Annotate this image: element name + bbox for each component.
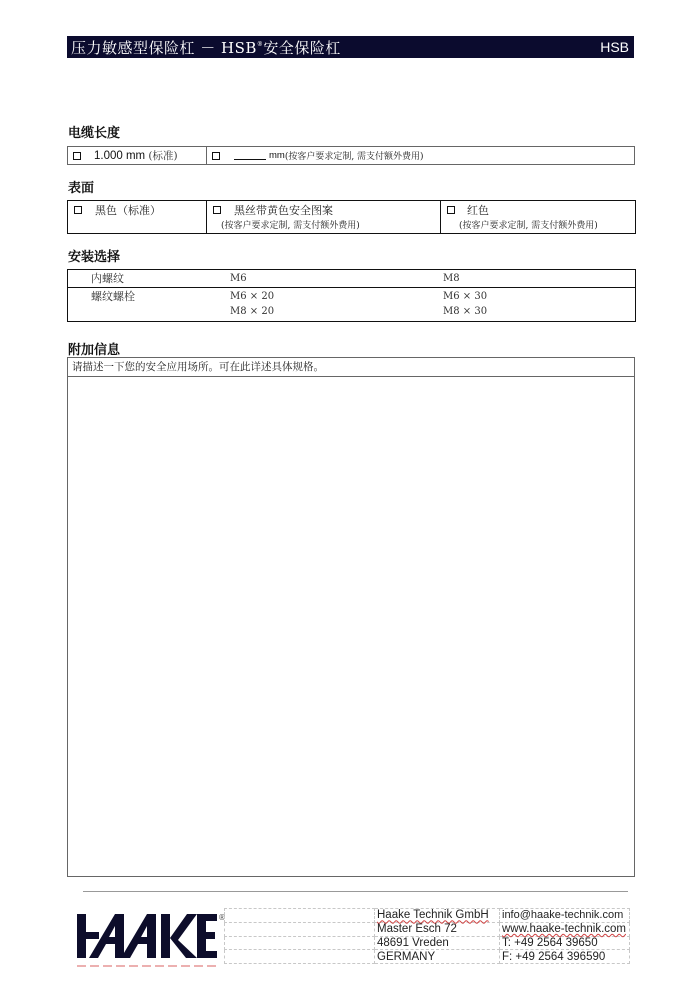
company-city: 48691 Vreden <box>377 937 449 949</box>
surface-options: 黑色（标准） 黑丝带黄色安全图案 (按客户要求定制, 需支付额外费用) 红色 (… <box>67 200 636 234</box>
cable-standard-note: (标准) <box>148 150 177 162</box>
checkbox-surface-black-yellow[interactable] <box>213 206 221 214</box>
company-name: Haake Technik GmbH <box>377 909 489 921</box>
section-title-cable-length: 电缆长度 <box>68 122 120 141</box>
checkbox-cable-standard[interactable] <box>73 152 81 160</box>
additional-info-prompt: 请描述一下您的安全应用场所。可在此详述具体规格。 <box>68 358 634 377</box>
document-header-bar: 压力敏感型保险杠 － HSB®安全保险杠 HSB <box>67 36 634 58</box>
company-street: Master Esch 72 <box>377 923 457 935</box>
installation-option[interactable]: M8 × 20 <box>230 304 274 319</box>
installation-row-internal-thread: 内螺纹 M6 M8 <box>68 270 635 288</box>
section-title-additional-info: 附加信息 <box>68 339 120 358</box>
checkbox-surface-red[interactable] <box>447 206 455 214</box>
document-title: 压力敏感型保险杠 － HSB®安全保险杠 <box>71 37 341 58</box>
cable-custom-note: (按客户要求定制, 需支付额外费用) <box>285 149 424 162</box>
surface-option-note: (按客户要求定制, 需支付额外费用) <box>213 218 440 231</box>
installation-options-table: 内螺纹 M6 M8 螺纹螺栓 M6 × 20 M8 × 20 M6 × 30 M… <box>67 269 636 322</box>
installation-type: 螺纹螺栓 <box>91 289 135 304</box>
company-phone: T: +49 2564 39650 <box>502 937 598 949</box>
installation-option[interactable]: M6 × 20 <box>230 289 274 304</box>
cable-length-options: 1.000 mm (标准) mm (按客户要求定制, 需支付额外费用) <box>67 146 635 165</box>
installation-option[interactable]: M8 × 30 <box>443 304 487 319</box>
installation-option[interactable]: M6 × 30 <box>443 289 487 304</box>
additional-info-textarea[interactable] <box>68 377 634 876</box>
surface-option-black-yellow[interactable]: 黑丝带黄色安全图案 (按客户要求定制, 需支付额外费用) <box>207 201 441 233</box>
haake-logo: ® <box>75 908 225 970</box>
checkbox-surface-black[interactable] <box>74 206 82 214</box>
company-website[interactable]: www.haake-technik.com <box>502 923 626 935</box>
installation-option[interactable]: M6 <box>230 271 247 286</box>
surface-option-label: 红色 <box>467 202 489 218</box>
surface-option-note: (按客户要求定制, 需支付额外费用) <box>447 218 635 231</box>
installation-row-threaded-bolt: 螺纹螺栓 M6 × 20 M8 × 20 M6 × 30 M8 × 30 <box>68 288 635 322</box>
cable-custom-unit: mm <box>269 150 285 161</box>
surface-option-label: 黑丝带黄色安全图案 <box>234 202 333 218</box>
installation-type: 内螺纹 <box>91 271 124 286</box>
cable-standard-value: 1.000 mm <box>94 150 145 162</box>
cable-option-custom[interactable]: mm (按客户要求定制, 需支付额外费用) <box>207 147 424 164</box>
footer-divider <box>83 891 628 892</box>
section-title-surface: 表面 <box>68 177 94 196</box>
company-fax: F: +49 2564 396590 <box>502 951 605 963</box>
company-contact-table: Haake Technik GmbH info@haake-technik.co… <box>224 908 630 964</box>
section-title-installation: 安装选择 <box>68 246 120 265</box>
additional-info-box: 请描述一下您的安全应用场所。可在此详述具体规格。 <box>67 357 635 877</box>
surface-option-label: 黑色（标准） <box>95 202 161 218</box>
installation-option[interactable]: M8 <box>443 271 460 286</box>
product-code: HSB <box>600 39 629 55</box>
surface-option-black[interactable]: 黑色（标准） <box>68 201 207 233</box>
surface-option-red[interactable]: 红色 (按客户要求定制, 需支付额外费用) <box>441 201 635 233</box>
company-country: GERMANY <box>377 951 435 963</box>
cable-option-standard[interactable]: 1.000 mm (标准) <box>68 147 207 164</box>
checkbox-cable-custom[interactable] <box>212 152 220 160</box>
company-email[interactable]: info@haake-technik.com <box>502 909 623 921</box>
cable-custom-length-field[interactable] <box>234 151 266 160</box>
